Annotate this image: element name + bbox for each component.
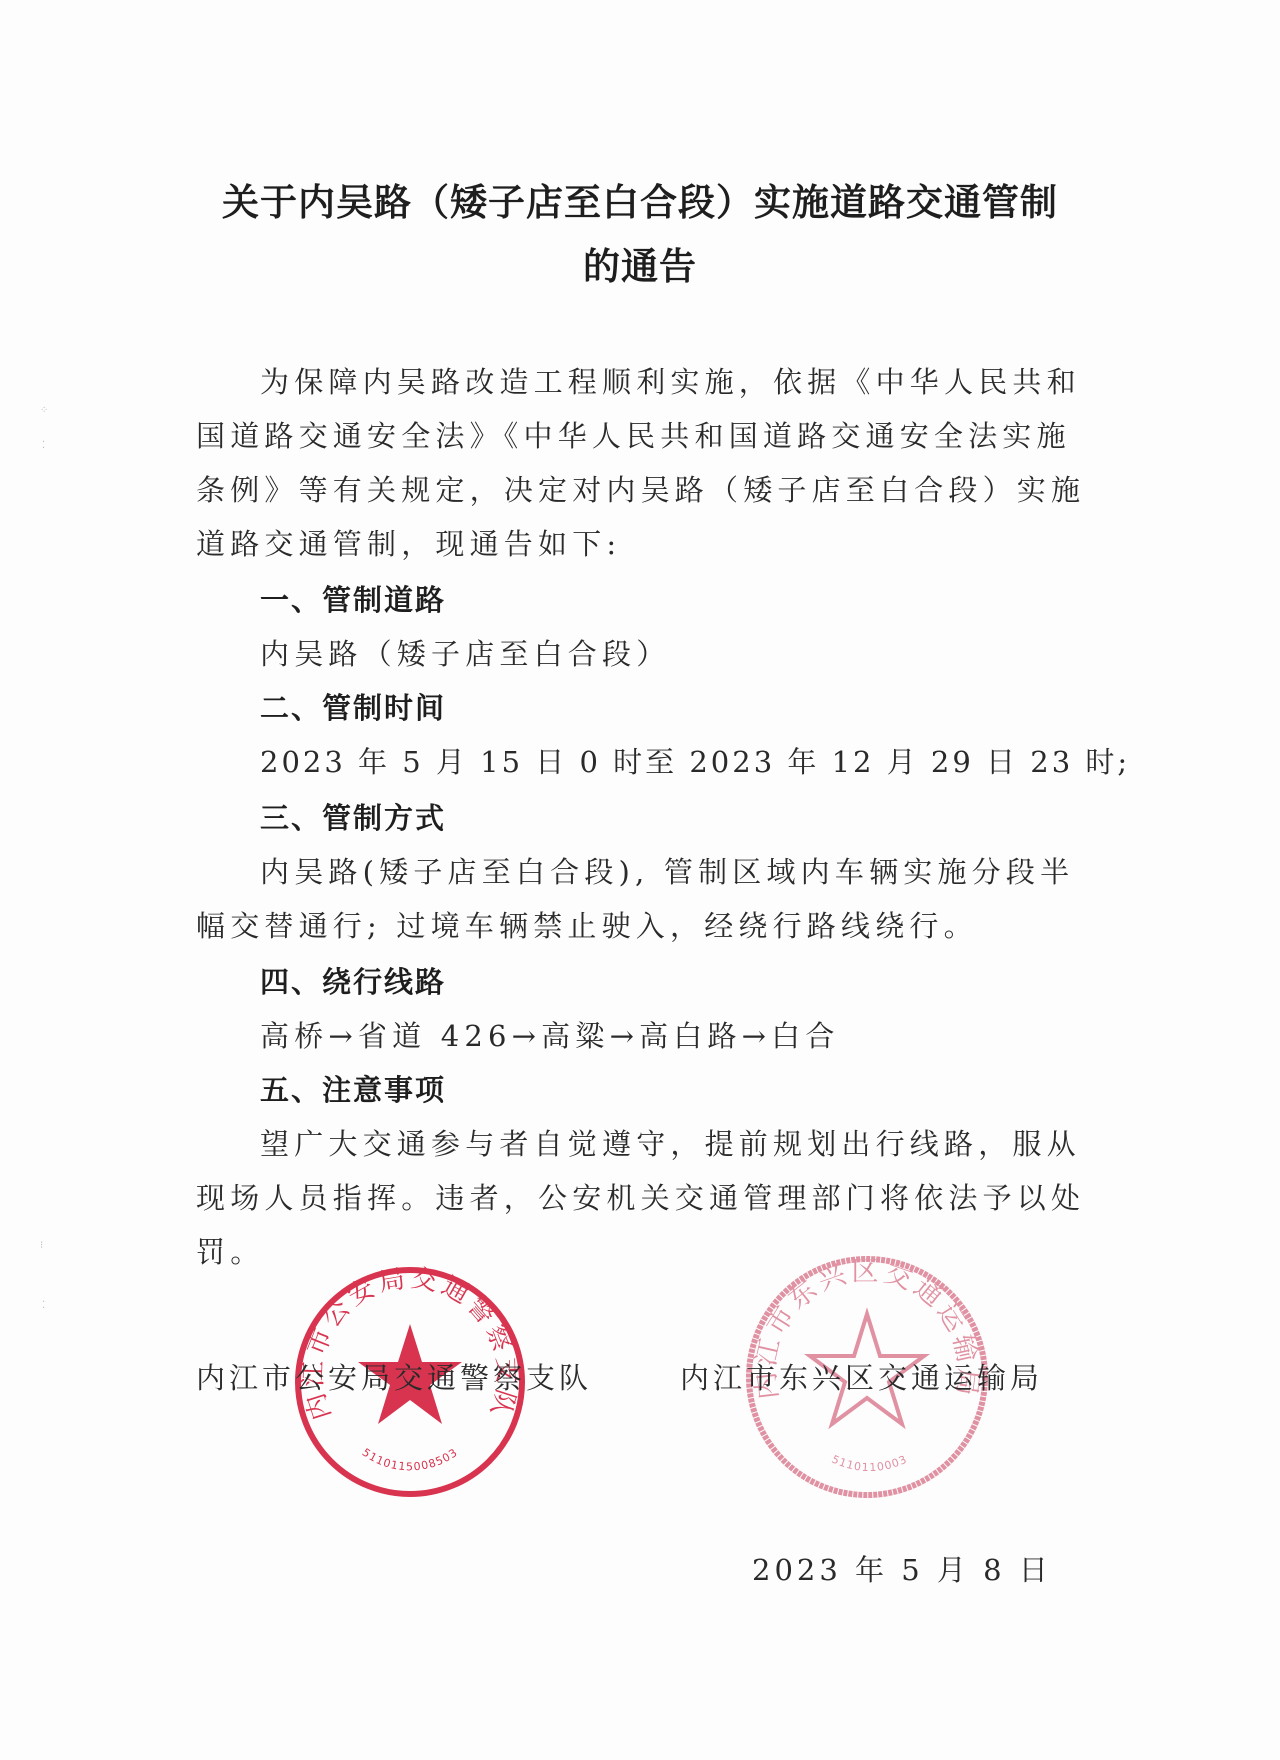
svg-text:5110110003: 5110110003 — [830, 1453, 910, 1474]
section-heading-road: 一、管制道路 — [260, 578, 446, 619]
signatory-police: 内江市公安局交通警察支队 — [196, 1356, 592, 1397]
scan-artifact: ⁘ — [40, 405, 48, 416]
section-heading-notes: 五、注意事项 — [260, 1068, 446, 1109]
svg-text:5110115008503: 5110115008503 — [360, 1446, 461, 1474]
intro-line: 为保障内吴路改造工程顺利实施，依据《中华人民共和 — [260, 360, 1081, 401]
section-text: 现场人员指挥。违者，公安机关交通管理部门将依法予以处 — [196, 1176, 1085, 1217]
section-text: 望广大交通参与者自觉遵守，提前规划出行线路，服从 — [260, 1122, 1081, 1163]
intro-line: 国道路交通安全法》《中华人民共和国道路交通安全法实施 — [196, 414, 1071, 455]
section-text: 内吴路（矮子店至白合段） — [260, 632, 670, 673]
intro-line: 道路交通管制，现通告如下: — [196, 522, 621, 563]
section-text: 幅交替通行; 过境车辆禁止驶入，经绕行路线绕行。 — [196, 904, 978, 945]
signatory-transport-bureau: 内江市东兴区交通运输局 — [680, 1356, 1043, 1397]
section-text: 内吴路(矮子店至白合段), 管制区域内车辆实施分段半 — [260, 850, 1074, 891]
section-heading-detour: 四、绕行线路 — [260, 960, 446, 1001]
section-text: 罚。 — [196, 1230, 264, 1271]
section-heading-method: 三、管制方式 — [260, 796, 446, 837]
section-text: 2023 年 5 月 15 日 0 时至 2023 年 12 月 29 日 23… — [260, 740, 1130, 781]
scan-artifact: ⁝ — [40, 1240, 43, 1251]
title-line-2: 的通告 — [0, 236, 1280, 290]
issue-date: 2023 年 5 月 8 日 — [752, 1548, 1052, 1589]
intro-line: 条例》等有关规定，决定对内吴路（矮子店至白合段）实施 — [196, 468, 1085, 509]
section-heading-time: 二、管制时间 — [260, 686, 446, 727]
title-line-1: 关于内吴路（矮子店至白合段）实施道路交通管制 — [0, 172, 1280, 226]
section-text: 高桥→省道 426→高粱→高白路→白合 — [260, 1014, 840, 1055]
scan-artifact: ⁚ — [42, 1300, 45, 1311]
scan-artifact: ⁚ — [42, 440, 45, 451]
